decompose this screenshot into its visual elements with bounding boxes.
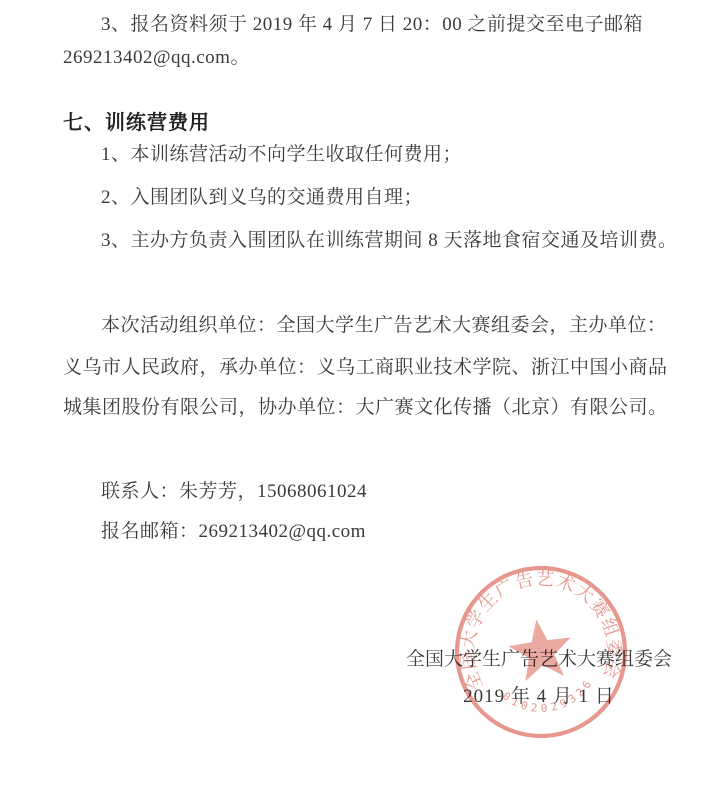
fee-item-3: 3、主办方负责入围团队在训练营期间 8 天落地食宿交通及培训费。: [63, 229, 678, 252]
signature-org: 全国大学生广告艺术大赛组委会: [406, 648, 672, 671]
intro-line-2: 269213402@qq.com。: [63, 46, 250, 69]
section-heading: 七、训练营费用: [63, 106, 210, 135]
contact-person-line: 联系人：朱芳芳，15068061024: [63, 480, 367, 503]
contact-email-line: 报名邮箱：269213402@qq.com: [63, 520, 366, 543]
signature-block: 全国大学生广告艺术大赛组委会 2019 年 4 月 1 日: [406, 648, 672, 708]
signature-date: 2019 年 4 月 1 日: [406, 685, 672, 708]
intro-line-1: 3、报名资料须于 2019 年 4 月 7 日 20：00 之前提交至电子邮箱: [63, 13, 643, 36]
organizers-line-1: 本次活动组织单位：全国大学生广告艺术大赛组委会，主办单位：: [63, 314, 667, 337]
organizers-line-3: 城集团股份有限公司，协办单位：大广赛文化传播（北京）有限公司。: [63, 396, 668, 419]
document-page: 3、报名资料须于 2019 年 4 月 7 日 20：00 之前提交至电子邮箱 …: [0, 0, 702, 798]
fee-item-2: 2、入围团队到义乌的交通费用自理；: [63, 186, 423, 209]
organizers-line-2: 义乌市人民政府，承办单位：义乌工商职业技术学院、浙江中国小商品: [63, 356, 668, 379]
fee-item-1: 1、本训练营活动不向学生收取任何费用；: [63, 143, 462, 166]
